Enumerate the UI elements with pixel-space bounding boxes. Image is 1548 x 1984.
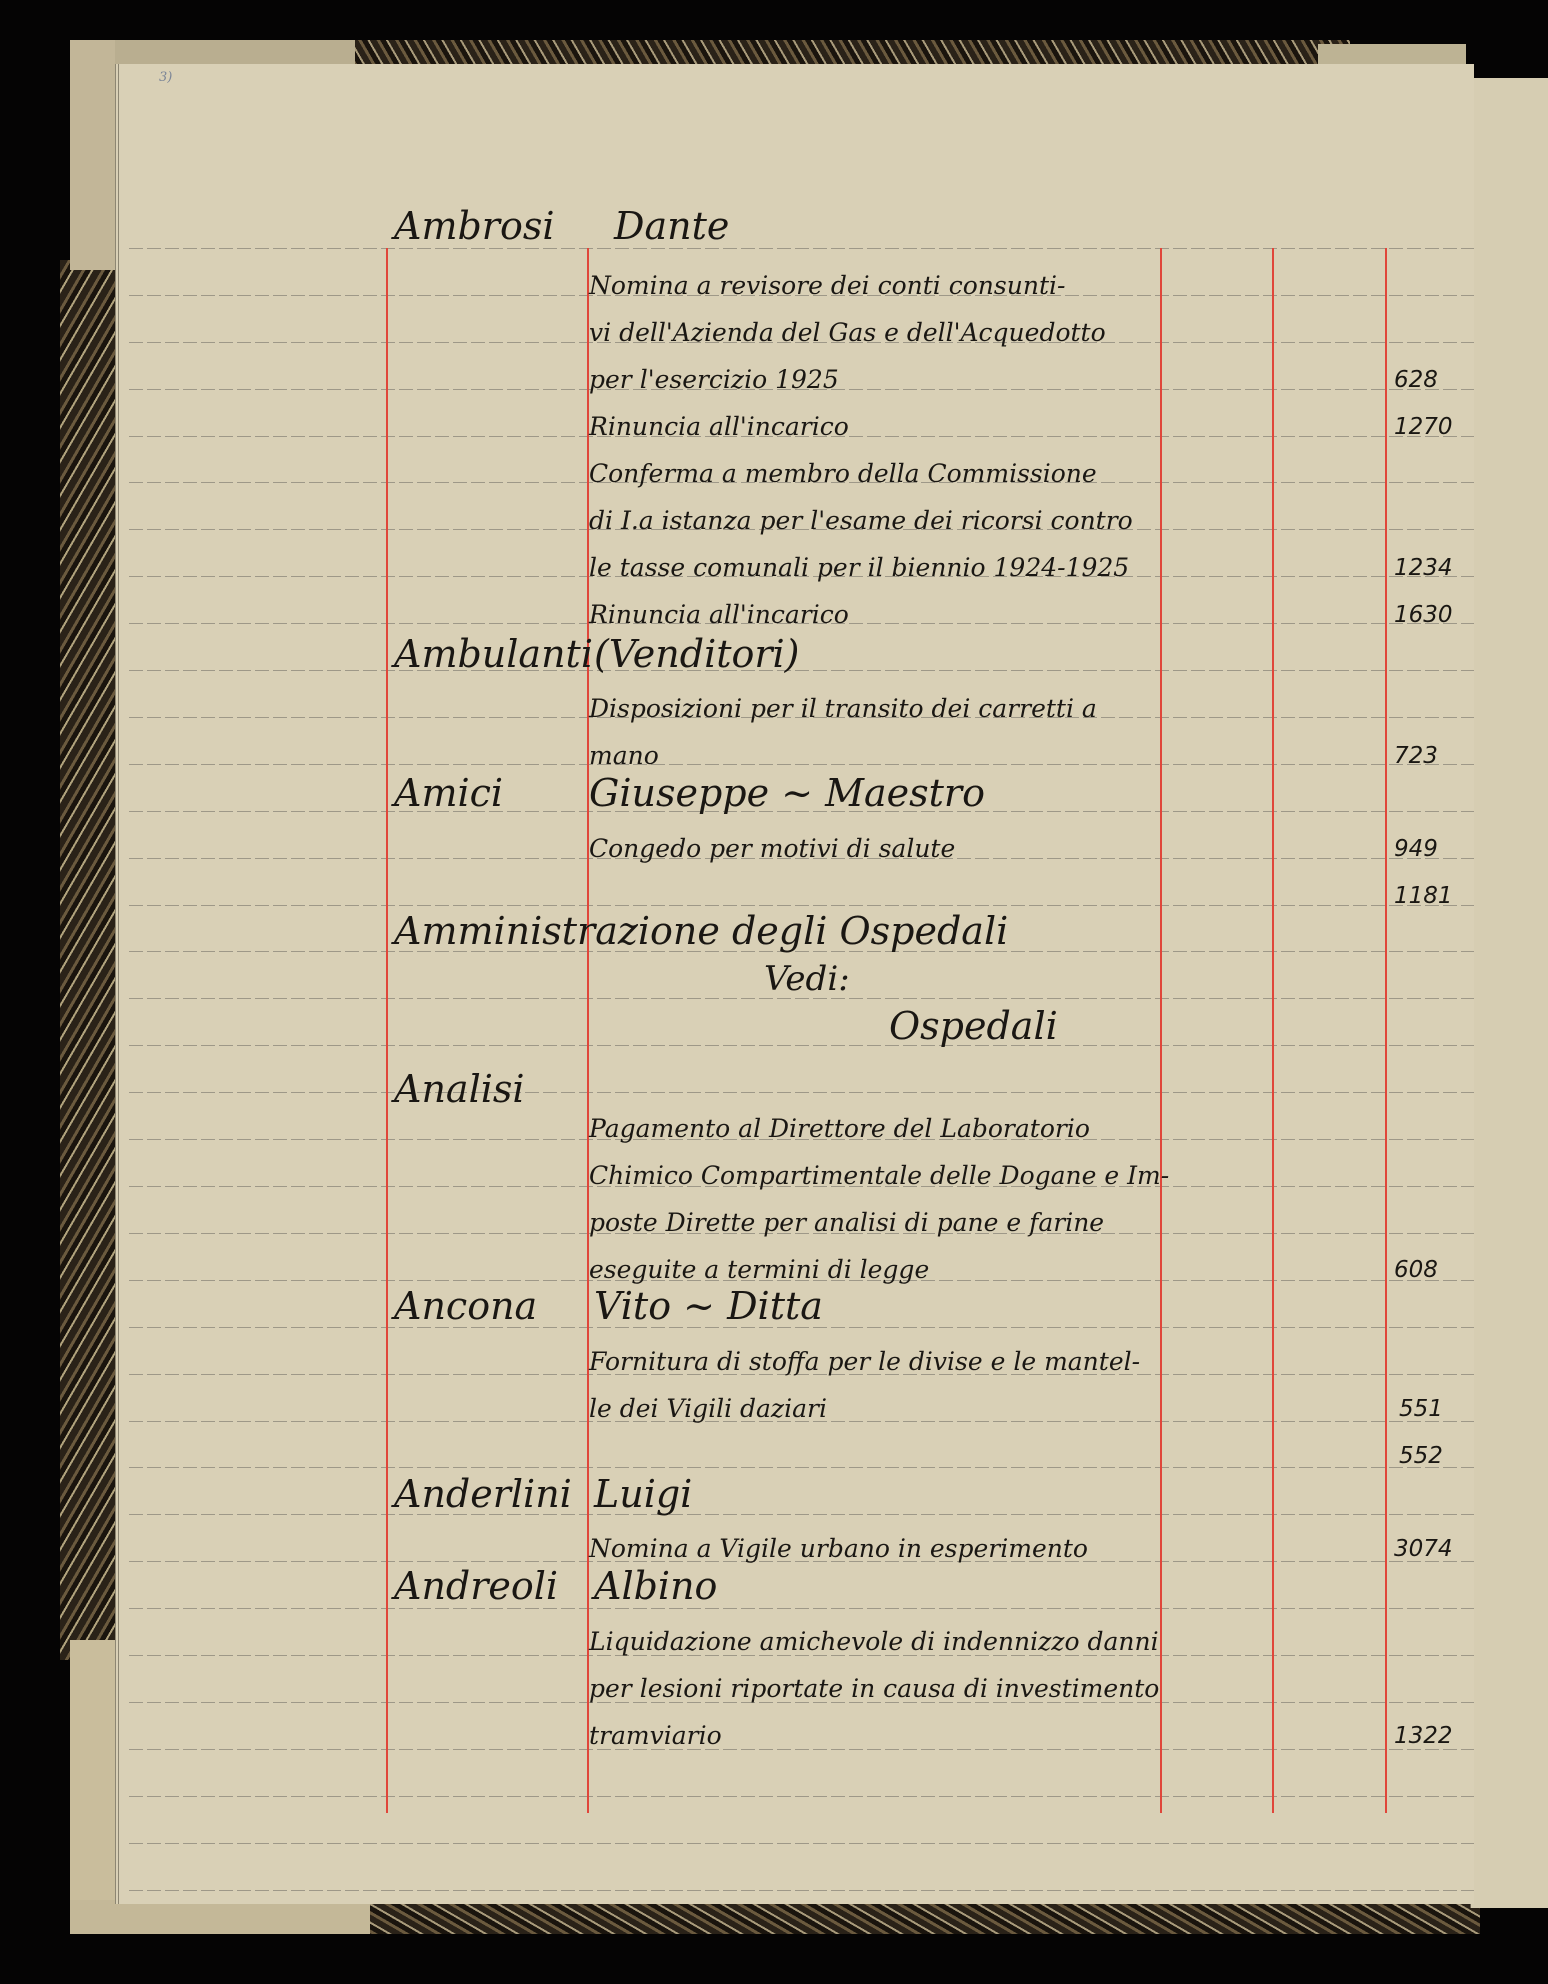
page-reference: 608 bbox=[1394, 1257, 1438, 1283]
entry-line: per l'esercizio 1925 bbox=[589, 365, 839, 394]
entry-line: Congedo per motivi di salute bbox=[589, 834, 955, 863]
facing-page-edge bbox=[1470, 78, 1548, 1908]
red-rule-col-4 bbox=[1272, 248, 1274, 1813]
entry-heading: Ambrosi bbox=[394, 204, 555, 248]
red-rule-ref-col bbox=[1385, 248, 1387, 1813]
entry-line: Rinuncia all'incarico bbox=[589, 412, 849, 441]
entry-line: Liquidazione amichevole di indennizzo da… bbox=[589, 1627, 1159, 1656]
ledger-page: 3) Ambrosi Dante Nomina a revisore dei c… bbox=[115, 64, 1474, 1904]
see-also-target: Ospedali bbox=[889, 1004, 1058, 1048]
entry-line: Fornitura di stoffa per le divise e le m… bbox=[589, 1347, 1140, 1376]
entry-line: le tasse comunali per il biennio 1924-19… bbox=[589, 553, 1129, 582]
entry-line: vi dell'Azienda del Gas e dell'Acquedott… bbox=[589, 318, 1106, 347]
entry-subheading: Giuseppe ~ Maestro bbox=[589, 771, 985, 815]
entry-line: le dei Vigili daziari bbox=[589, 1394, 827, 1423]
page-reference: 723 bbox=[1394, 743, 1438, 769]
entry-heading: Anderlini bbox=[394, 1472, 572, 1516]
page-reference: 551 bbox=[1399, 1396, 1443, 1422]
red-rule-col-3 bbox=[1160, 248, 1162, 1813]
entry-heading: Andreoli bbox=[394, 1564, 558, 1608]
see-also-label: Vedi: bbox=[764, 959, 850, 999]
entry-subheading: Vito ~ Ditta bbox=[594, 1284, 823, 1328]
entry-subheading: Dante bbox=[614, 204, 729, 248]
entry-line: Disposizioni per il transito dei carrett… bbox=[589, 694, 1097, 723]
entry-line: mano bbox=[589, 741, 659, 770]
entry-heading: Amministrazione degli Ospedali bbox=[394, 909, 1008, 953]
entry-line: Nomina a Vigile urbano in esperimento bbox=[589, 1534, 1088, 1563]
marbled-cover-bottom bbox=[360, 1904, 1480, 1934]
entry-line: per lesioni riportate in causa di invest… bbox=[589, 1674, 1159, 1703]
entry-line: Chimico Compartimentale delle Dogane e I… bbox=[589, 1161, 1169, 1190]
vellum-corner-bottom-left bbox=[70, 1900, 370, 1934]
entry-line: eseguite a termini di legge bbox=[589, 1255, 929, 1284]
ruled-line bbox=[129, 1890, 1474, 1891]
entry-heading: Analisi bbox=[394, 1067, 525, 1111]
page-corner-mark: 3) bbox=[159, 70, 172, 85]
entry-subheading: (Venditori) bbox=[594, 632, 800, 676]
marbled-cover-left bbox=[60, 260, 120, 1660]
page-reference: 3074 bbox=[1394, 1536, 1453, 1562]
entry-line: Nomina a revisore dei conti consunti- bbox=[589, 271, 1065, 300]
entry-line: Conferma a membro della Commissione bbox=[589, 459, 1097, 488]
ruled-line bbox=[129, 1843, 1474, 1844]
entry-heading: Ancona bbox=[394, 1284, 537, 1328]
page-reference: 1234 bbox=[1394, 555, 1453, 581]
vellum-spine-top bbox=[70, 40, 115, 270]
page-reference: 1630 bbox=[1394, 602, 1453, 628]
page-reference: 1270 bbox=[1394, 414, 1453, 440]
page-reference: 552 bbox=[1399, 1443, 1443, 1469]
entry-line: Pagamento al Direttore del Laboratorio bbox=[589, 1114, 1090, 1143]
red-rule-name-col bbox=[386, 248, 388, 1813]
vellum-spine-bottom bbox=[70, 1640, 115, 1934]
page-reference: 628 bbox=[1394, 367, 1438, 393]
entry-line: Rinuncia all'incarico bbox=[589, 600, 849, 629]
entry-subheading: Albino bbox=[594, 1564, 717, 1608]
entry-heading: Ambulanti bbox=[394, 632, 593, 676]
page-reference: 949 bbox=[1394, 836, 1438, 862]
entry-line: tramviario bbox=[589, 1721, 722, 1750]
page-reference: 1322 bbox=[1394, 1723, 1453, 1749]
entry-subheading: Luigi bbox=[594, 1472, 692, 1516]
entry-line: poste Dirette per analisi di pane e fari… bbox=[589, 1208, 1104, 1237]
page-reference: 1181 bbox=[1394, 883, 1453, 909]
entry-line: di I.a istanza per l'esame dei ricorsi c… bbox=[589, 506, 1133, 535]
entry-heading: Amici bbox=[394, 771, 503, 815]
